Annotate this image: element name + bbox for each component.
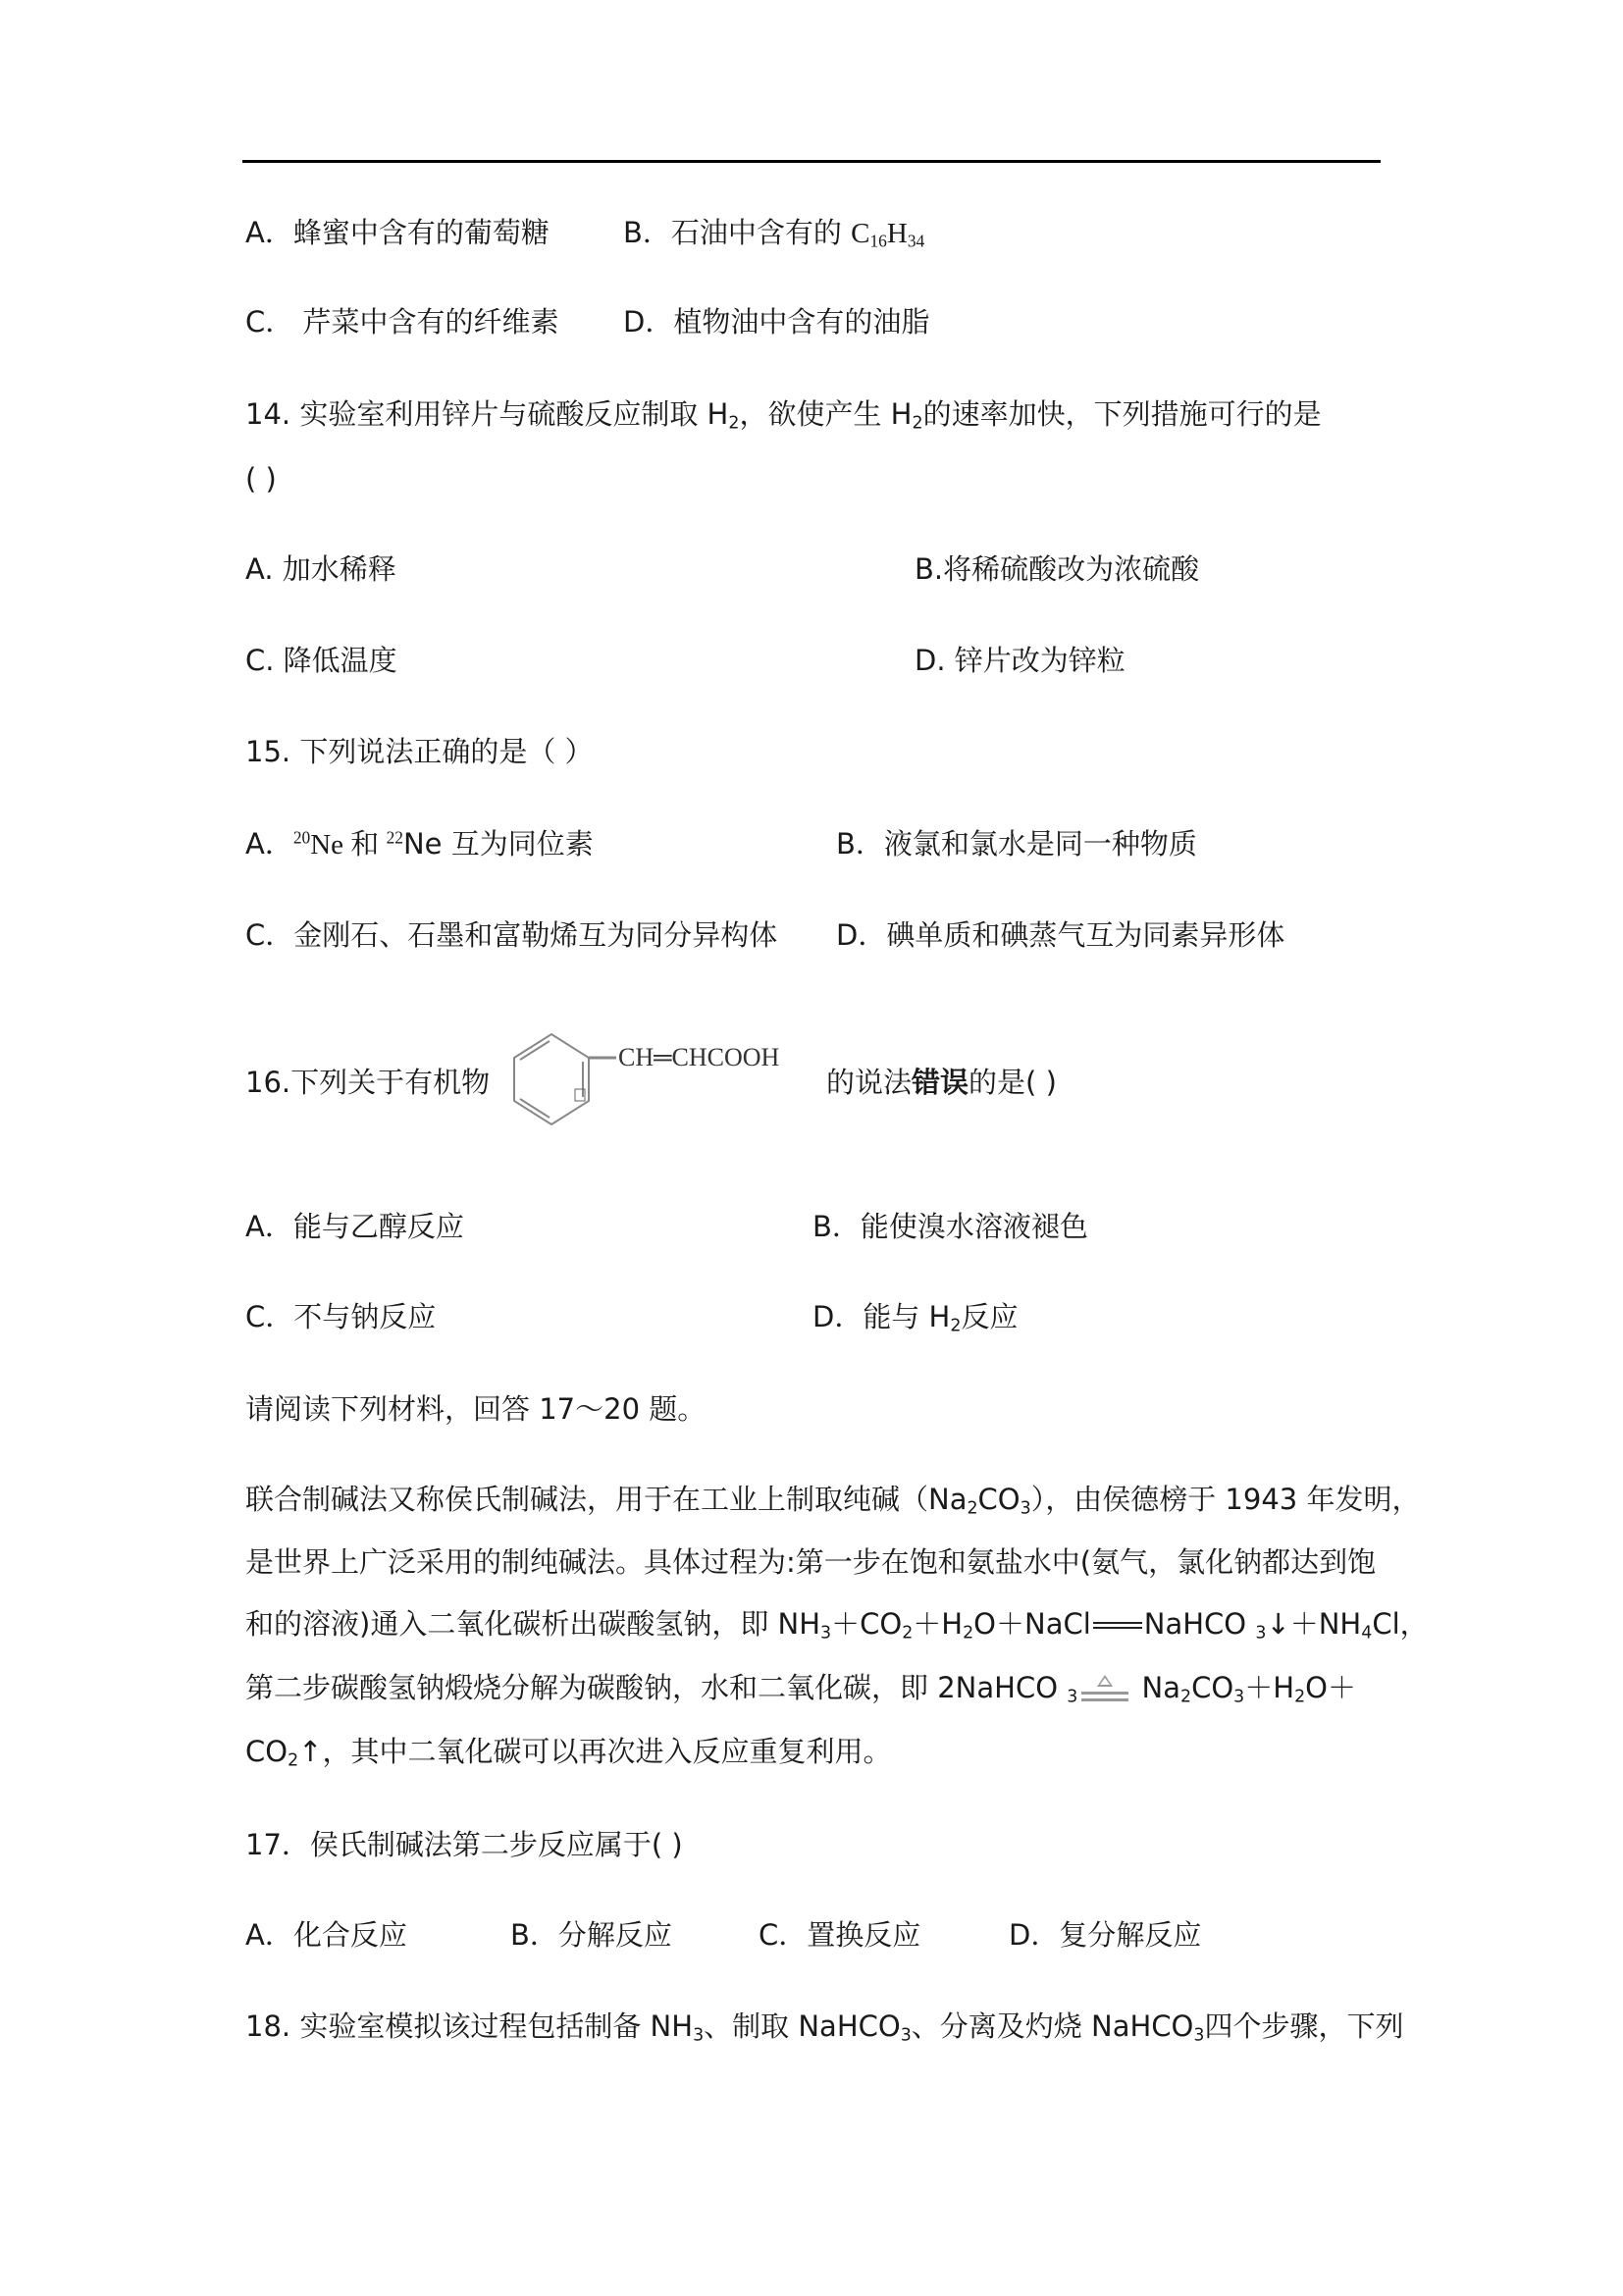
q15-option-row-2: C．金刚石、石墨和富勒烯互为同分异构体 D．碘单质和碘蒸气互为同素异形体 bbox=[245, 915, 777, 955]
q13-option-a[interactable]: A．蜂蜜中含有的葡萄糖 bbox=[245, 216, 550, 249]
q16-option-row-2: C．不与钠反应 D．能与 H2反应 bbox=[245, 1297, 436, 1336]
emphasis-wrong: 错误 bbox=[912, 1066, 969, 1099]
q16-option-b[interactable]: B．能使溴水溶液褪色 bbox=[812, 1207, 1088, 1246]
q17-option-a[interactable]: A．化合反应 bbox=[245, 1918, 407, 1952]
q15-option-row-1: A．20Ne 和 22Ne 互为同位素 B．液氯和氯水是同一种物质 bbox=[245, 824, 594, 863]
q15-stem: 15. 下列说法正确的是（ ） bbox=[245, 732, 594, 771]
q14-option-a[interactable]: A. 加水稀释 bbox=[245, 552, 396, 586]
q14-option-d[interactable]: D. 锌片改为锌粒 bbox=[915, 641, 1126, 680]
q14-option-b[interactable]: B.将稀硫酸改为浓硫酸 bbox=[915, 549, 1199, 589]
equals-sign-icon bbox=[1093, 1621, 1142, 1631]
q15-option-a[interactable]: A．20Ne 和 22Ne 互为同位素 bbox=[245, 827, 594, 861]
q16-option-row-1: A．能与乙醇反应 B．能使溴水溶液褪色 bbox=[245, 1207, 464, 1246]
header-rule bbox=[242, 160, 1381, 163]
side-chain-label: CH═CHCOOH bbox=[618, 1043, 780, 1071]
q16-option-a[interactable]: A．能与乙醇反应 bbox=[245, 1210, 464, 1243]
reading-intro: 请阅读下列材料，回答 17～20 题。 bbox=[245, 1389, 706, 1429]
q16-option-d[interactable]: D．能与 H2反应 bbox=[812, 1297, 1018, 1336]
q15-option-d[interactable]: D．碘单质和碘蒸气互为同素异形体 bbox=[836, 915, 1284, 955]
material-line-2: 是世界上广泛采用的制纯碱法。具体过程为:第一步在饱和氨盐水中(氨气，氯化钠都达到… bbox=[245, 1542, 1376, 1582]
q16-stem-suffix: 的说法错误的是( ) bbox=[826, 1063, 1057, 1102]
q14-answer-paren: ( ) bbox=[245, 459, 277, 498]
q17-option-b[interactable]: B．分解反应 bbox=[510, 1915, 672, 1955]
q13-option-b[interactable]: B．石油中含有的 C16H34 bbox=[623, 213, 924, 253]
q13-option-d[interactable]: D．植物油中含有的油脂 bbox=[623, 302, 929, 341]
material-line-1: 联合制碱法又称侯氏制碱法，用于在工业上制取纯碱（Na2CO3），由侯德榜于 19… bbox=[245, 1480, 1420, 1519]
q13-option-row-2: C． 芹菜中含有的纤维素 D．植物油中含有的油脂 bbox=[245, 302, 558, 341]
q14-option-row-2: C. 降低温度 D. 锌片改为锌粒 bbox=[245, 641, 397, 680]
q14-stem: 14. 实验室利用锌片与硫酸反应制取 H2，欲使产生 H2的速率加快，下列措施可… bbox=[245, 394, 1322, 434]
q13-option-row-1: A．蜂蜜中含有的葡萄糖 B．石油中含有的 C16H34 bbox=[245, 213, 550, 252]
material-line-3: 和的溶液)通入二氧化碳析出碳酸氢钠，即 NH3＋CO2＋H2O＋NaClNaHC… bbox=[245, 1604, 1429, 1644]
q14-option-row-1: A. 加水稀释 B.将稀硫酸改为浓硫酸 bbox=[245, 549, 396, 589]
q16-option-c[interactable]: C．不与钠反应 bbox=[245, 1300, 436, 1333]
q15-option-c[interactable]: C．金刚石、石墨和富勒烯互为同分异构体 bbox=[245, 918, 777, 952]
q17-stem: 17．侯氏制碱法第二步反应属于( ) bbox=[245, 1825, 683, 1864]
q16-stem: 16.下列关于有机物 的说法错误的是( ) bbox=[245, 1063, 490, 1102]
cinnamic-acid-structure: CH═CHCOOH bbox=[500, 1030, 834, 1148]
q18-stem: 18. 实验室模拟该过程包括制备 NH3、制取 NaHCO3、分离及灼烧 NaH… bbox=[245, 2007, 1403, 2046]
heating-condition-icon bbox=[1081, 1675, 1128, 1704]
q17-option-c[interactable]: C．置换反应 bbox=[759, 1915, 920, 1955]
benzene-ring-icon: CH═CHCOOH bbox=[500, 1030, 834, 1148]
material-line-5: CO2↑，其中二氧化碳可以再次进入反应重复利用。 bbox=[245, 1732, 891, 1771]
q17-options: A．化合反应 B．分解反应 C．置换反应 D．复分解反应 bbox=[245, 1915, 407, 1955]
q15-option-b[interactable]: B．液氯和氯水是同一种物质 bbox=[836, 824, 1197, 863]
formula-c16h34: C16H34 bbox=[851, 218, 924, 249]
q13-option-c[interactable]: C． 芹菜中含有的纤维素 bbox=[245, 305, 558, 339]
q14-option-c[interactable]: C. 降低温度 bbox=[245, 644, 397, 677]
material-line-4: 第二步碳酸氢钠煅烧分解为碳酸钠，水和二氧化碳，即 2NaHCO 3 Na2CO3… bbox=[245, 1668, 1356, 1707]
q17-option-d[interactable]: D．复分解反应 bbox=[1009, 1915, 1201, 1955]
